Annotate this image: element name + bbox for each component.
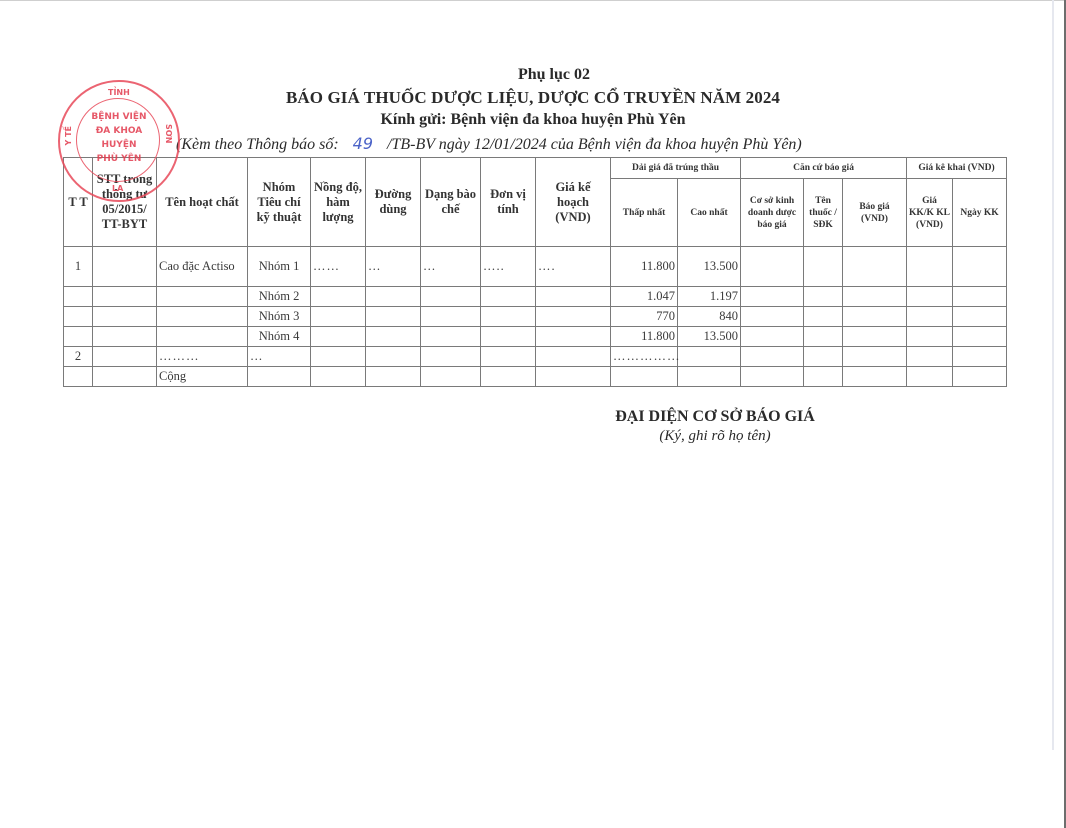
attachment-suffix: /TB-BV ngày 12/01/2024 của Bệnh viện đa … [387, 136, 802, 153]
price-quote-table: T T STT trong thông tư 05/2015/ TT-BYT T… [63, 157, 1007, 387]
cell-low: 770 [611, 307, 678, 327]
cell-drug [804, 307, 843, 327]
cell-kk [907, 287, 953, 307]
cell-name: ……… [157, 347, 248, 367]
cell-tt [64, 307, 93, 327]
cell-concentration [311, 347, 366, 367]
page-edge [0, 0, 1066, 1]
cell-form [421, 307, 481, 327]
cell-date [953, 327, 1007, 347]
cell-kk [907, 327, 953, 347]
cell-low: 11.800 [611, 327, 678, 347]
cell-date [953, 307, 1007, 327]
table-row: 1Cao đặc ActisoNhóm 1……………..….11.80013.5… [64, 247, 1007, 287]
table-row: Nhóm 21.0471.197 [64, 287, 1007, 307]
cell-unit [481, 327, 536, 347]
header-winning-range: Dải giá đã trúng thầu [611, 158, 741, 179]
cell-form [421, 347, 481, 367]
signature-title: ĐẠI DIỆN CƠ SỞ BÁO GIÁ [560, 408, 870, 426]
cell-form [421, 287, 481, 307]
total-row: Cộng [64, 367, 1007, 387]
cell-route [366, 347, 421, 367]
cell-date [953, 247, 1007, 287]
header-quoted-price: Báo giá (VND) [843, 179, 907, 247]
cell-group: Nhóm 4 [248, 327, 311, 347]
stamp-line-3: HUYỆN [60, 140, 178, 151]
cell-high: 13.500 [678, 247, 741, 287]
header-planned-price: Giá kế hoạch (VND) [536, 158, 611, 247]
signature-note: (Ký, ghi rõ họ tên) [560, 428, 870, 445]
cell-tt: 1 [64, 247, 93, 287]
cell-quote [843, 347, 907, 367]
cell-quote [843, 307, 907, 327]
cell-concentration [311, 307, 366, 327]
header-stt: STT trong thông tư 05/2015/ TT-BYT [93, 158, 157, 247]
cell-quote [843, 327, 907, 347]
header-supplier: Cơ sở kinh doanh dược báo giá [741, 179, 804, 247]
header-unit: Đơn vị tính [481, 158, 536, 247]
cell-supplier [741, 287, 804, 307]
cell-name [157, 287, 248, 307]
cell-name [157, 327, 248, 347]
cell-form [421, 327, 481, 347]
cell-planned [536, 347, 611, 367]
total-label: Cộng [157, 367, 248, 387]
handwritten-notice-number: 49 [339, 134, 387, 153]
cell-group: … [248, 347, 311, 367]
table-row: Nhóm 3770840 [64, 307, 1007, 327]
cell-concentration [311, 287, 366, 307]
cell-planned [536, 287, 611, 307]
cell-date [953, 287, 1007, 307]
header-declared-date: Ngày KK [953, 179, 1007, 247]
cell-route [366, 307, 421, 327]
cell-tt [64, 287, 93, 307]
cell-low: …………… [611, 347, 678, 367]
cell-supplier [741, 347, 804, 367]
cell-group: Nhóm 1 [248, 247, 311, 287]
cell-kk [907, 247, 953, 287]
cell-supplier [741, 327, 804, 347]
cell-tt [64, 327, 93, 347]
recipient-line: Kính gửi: Bệnh viện đa khoa huyện Phù Yê… [0, 111, 1066, 129]
attachment-prefix: (Kèm theo Thông báo số: [176, 136, 339, 153]
cell-planned [536, 327, 611, 347]
cell-route [366, 327, 421, 347]
signature-block: ĐẠI DIỆN CƠ SỞ BÁO GIÁ (Ký, ghi rõ họ tê… [560, 408, 870, 445]
cell-name: Cao đặc Actiso [157, 247, 248, 287]
cell-drug [804, 327, 843, 347]
cell-stt [93, 347, 157, 367]
cell-group: Nhóm 2 [248, 287, 311, 307]
cell-concentration: …… [311, 247, 366, 287]
cell-quote [843, 247, 907, 287]
document-title: BÁO GIÁ THUỐC DƯỢC LIỆU, DƯỢC CỔ TRUYỀN … [0, 88, 1066, 108]
cell-route [366, 287, 421, 307]
cell-unit [481, 347, 536, 367]
header-dosage-form: Dạng bào chế [421, 158, 481, 247]
cell-group: Nhóm 3 [248, 307, 311, 327]
header-route: Đường dùng [366, 158, 421, 247]
header-declared-kk: Giá KK/K KL (VND) [907, 179, 953, 247]
cell-unit [481, 287, 536, 307]
cell-drug [804, 287, 843, 307]
cell-name [157, 307, 248, 327]
cell-stt [93, 247, 157, 287]
cell-form: … [421, 247, 481, 287]
cell-high: 840 [678, 307, 741, 327]
header-group: Nhóm Tiêu chí kỹ thuật [248, 158, 311, 247]
cell-drug [804, 347, 843, 367]
appendix-label: Phụ lục 02 [0, 66, 1066, 84]
cell-supplier [741, 247, 804, 287]
cell-unit: ….. [481, 247, 536, 287]
cell-stt [93, 287, 157, 307]
header-lowest: Thấp nhất [611, 179, 678, 247]
header-tt: T T [64, 158, 93, 247]
header-quote-basis: Căn cứ báo giá [741, 158, 907, 179]
table-row: Nhóm 411.80013.500 [64, 327, 1007, 347]
cell-unit [481, 307, 536, 327]
cell-date [953, 347, 1007, 367]
cell-low: 1.047 [611, 287, 678, 307]
cell-kk [907, 347, 953, 367]
header-concentration: Nồng độ, hàm lượng [311, 158, 366, 247]
table-row: 2……………………… [64, 347, 1007, 367]
cell-high [678, 347, 741, 367]
cell-planned: …. [536, 247, 611, 287]
cell-supplier [741, 307, 804, 327]
cell-low: 11.800 [611, 247, 678, 287]
cell-quote [843, 287, 907, 307]
header-highest: Cao nhất [678, 179, 741, 247]
cell-stt [93, 307, 157, 327]
cell-kk [907, 307, 953, 327]
cell-planned [536, 307, 611, 327]
cell-tt: 2 [64, 347, 93, 367]
header-active-ingredient: Tên hoạt chất [157, 158, 248, 247]
cell-high: 13.500 [678, 327, 741, 347]
cell-stt [93, 327, 157, 347]
cell-drug [804, 247, 843, 287]
header-drug-name: Tên thuốc / SĐK [804, 179, 843, 247]
attachment-line: (Kèm theo Thông báo số:49/TB-BV ngày 12/… [176, 134, 802, 154]
cell-concentration [311, 327, 366, 347]
cell-route: … [366, 247, 421, 287]
header-declared-price: Giá kê khai (VND) [907, 158, 1007, 179]
cell-high: 1.197 [678, 287, 741, 307]
